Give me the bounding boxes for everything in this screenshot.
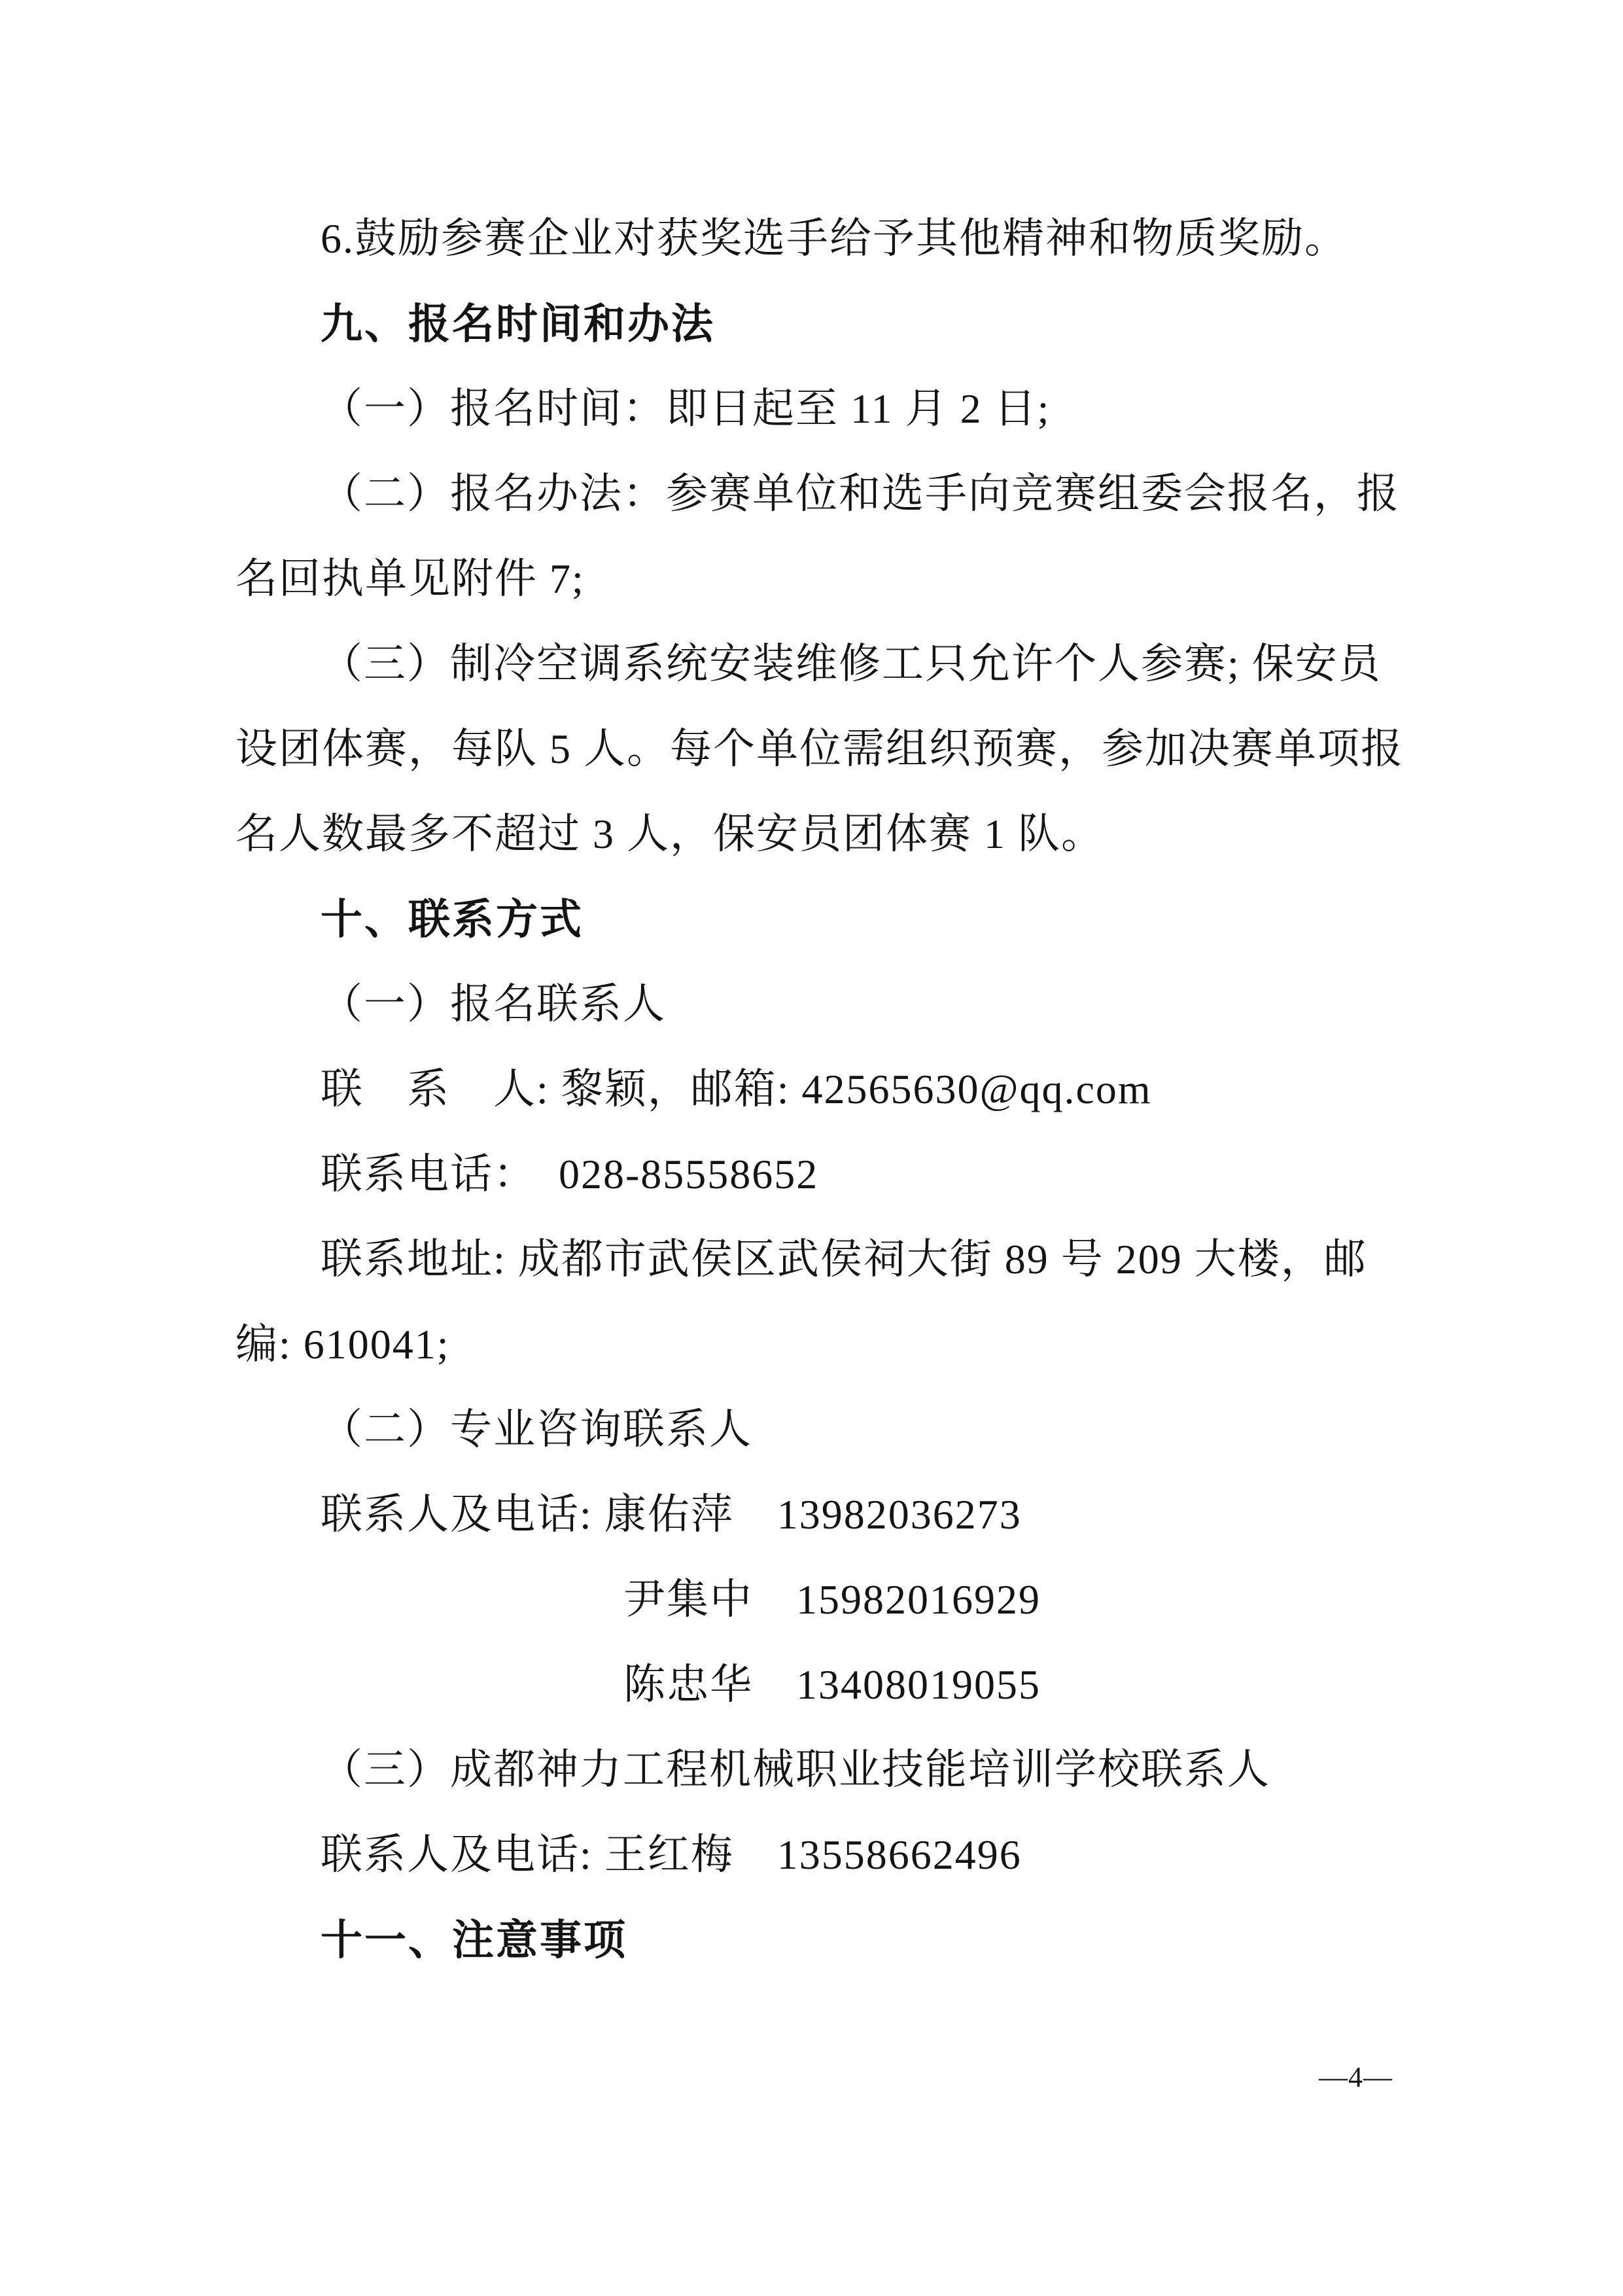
- section-10-heading: 十、联系方式: [236, 877, 1393, 962]
- entry-rules-line-2: 设团体赛，每队 5 人。每个单位需组织预赛，参加决赛单项报: [236, 707, 1393, 792]
- contact-person: 联 系 人: 黎颖，邮箱: 42565630@qq.com: [236, 1047, 1393, 1132]
- consult-contact-yin: 尹集中 15982016929: [623, 1557, 1393, 1642]
- consult-contact-chen: 陈忠华 13408019055: [623, 1642, 1393, 1727]
- section-11-heading: 十一、注意事项: [236, 1898, 1393, 1983]
- contact-address-line-1: 联系地址: 成都市武侯区武侯祠大街 89 号 209 大楼，邮: [236, 1217, 1393, 1302]
- entry-rules-line-1: （三）制冷空调系统安装维修工只允许个人参赛; 保安员: [236, 622, 1393, 707]
- contact-registration-heading: （一）报名联系人: [236, 962, 1393, 1047]
- registration-time: （一）报名时间：即日起至 11 月 2 日;: [236, 366, 1393, 451]
- document-page: 6.鼓励参赛企业对获奖选手给予其他精神和物质奖励。 九、报名时间和办法 （一）报…: [0, 0, 1623, 2296]
- document-body: 6.鼓励参赛企业对获奖选手给予其他精神和物质奖励。 九、报名时间和办法 （一）报…: [236, 196, 1393, 1983]
- page-number: —4—: [1319, 2061, 1393, 2094]
- section-9-heading: 九、报名时间和办法: [236, 281, 1393, 366]
- consult-contact-kang: 联系人及电话: 康佑萍 13982036273: [236, 1472, 1393, 1557]
- school-contact: 联系人及电话: 王红梅 13558662496: [236, 1812, 1393, 1898]
- school-contact-heading: （三）成都神力工程机械职业技能培训学校联系人: [236, 1727, 1393, 1812]
- registration-method-line-2: 名回执单见附件 7;: [236, 537, 1393, 622]
- contact-address-line-2: 编: 610041;: [236, 1302, 1393, 1387]
- registration-method-line-1: （二）报名办法：参赛单位和选手向竞赛组委会报名，报: [236, 451, 1393, 537]
- award-note: 6.鼓励参赛企业对获奖选手给予其他精神和物质奖励。: [236, 196, 1393, 281]
- entry-rules-line-3: 名人数最多不超过 3 人，保安员团体赛 1 队。: [236, 792, 1393, 877]
- contact-consult-heading: （二）专业咨询联系人: [236, 1387, 1393, 1472]
- contact-phone: 联系电话： 028-85558652: [236, 1132, 1393, 1217]
